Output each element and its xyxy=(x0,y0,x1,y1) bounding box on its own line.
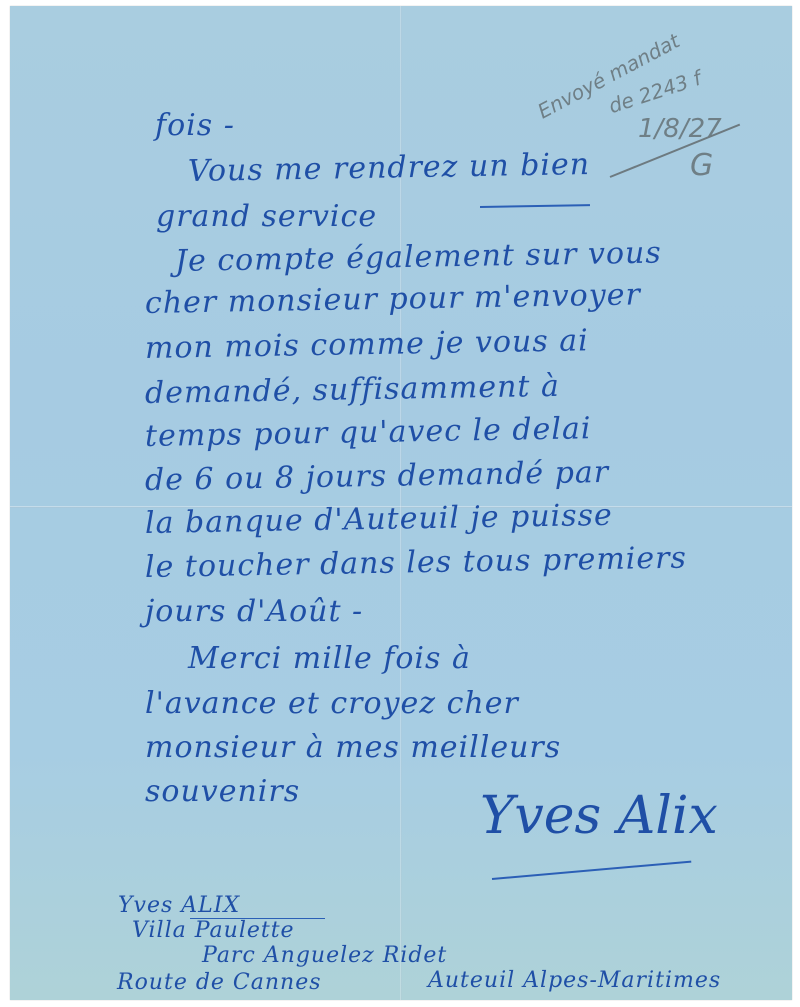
letter-line: jours d'Août - xyxy=(145,594,363,629)
letter-line: le toucher dans les tous premiers xyxy=(145,541,687,585)
signature-underline xyxy=(492,861,691,880)
letter-line: Vous me rendrez un bien xyxy=(188,147,591,189)
signature: Yves Alix xyxy=(480,786,718,846)
address-name: Yves ALIX xyxy=(118,893,240,918)
letter-line: monsieur à mes meilleurs xyxy=(145,730,561,765)
letter-line: mon mois comme je vous ai xyxy=(145,323,589,366)
address-line-4: Auteuil Alpes-Maritimes xyxy=(428,968,721,993)
letter-line: la banque d'Auteuil je puisse xyxy=(145,498,613,541)
letter-line: demandé, suffisamment à xyxy=(145,369,560,411)
annotation-date: 1/8/27 xyxy=(638,114,722,144)
letter-line: l'avance et croyez cher xyxy=(145,686,519,721)
letter-line: souvenirs xyxy=(145,774,300,809)
letter-line: cher monsieur pour m'envoyer xyxy=(145,277,641,321)
address-line-2: Parc Anguelez Ridet xyxy=(202,943,447,968)
letter-line: grand service xyxy=(156,199,377,234)
letter-line: temps pour qu'avec le delai xyxy=(145,411,592,454)
dash-rule xyxy=(480,204,590,207)
letter-line: de 6 ou 8 jours demandé par xyxy=(145,455,610,498)
letter-line: fois - xyxy=(155,108,235,143)
letter-paper: Envoyé mandat de 2243 f 1/8/27 G fois - … xyxy=(10,6,792,1000)
address-line-1: Villa Paulette xyxy=(132,918,295,943)
letter-line: Merci mille fois à xyxy=(188,641,471,676)
annotation-envoye-mandat: Envoyé mandat xyxy=(534,29,684,124)
letter-line: Je compte également sur vous xyxy=(175,236,662,279)
annotation-initial: G xyxy=(690,148,713,183)
address-line-3: Route de Cannes xyxy=(117,970,322,995)
